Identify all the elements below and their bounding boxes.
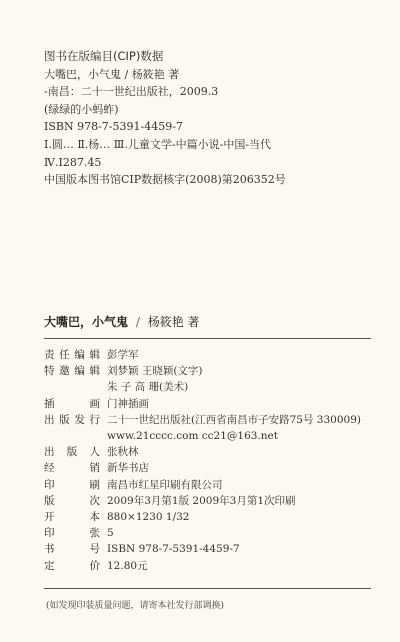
cip-line: 大嘴巴，小气鬼 / 杨筱艳 著 [44, 66, 286, 84]
info-value: 门神插画 [107, 396, 149, 412]
book-author: 杨筱艳 著 [148, 315, 200, 329]
cip-line: -南昌：二十一世纪出版社，2009.3 [44, 83, 286, 101]
info-label-char: 出 [44, 444, 55, 460]
info-label-char: 版 [59, 412, 70, 428]
info-label-char: 辑 [89, 363, 100, 379]
info-value: 12.80元 [107, 558, 148, 574]
info-row: 插画门神插画 [44, 396, 361, 412]
cip-data-block: 图书在版编目(CIP)数据 大嘴巴，小气鬼 / 杨筱艳 著 -南昌：二十一世纪出… [44, 48, 286, 189]
info-label-char: 编 [74, 363, 85, 379]
info-value: 彭学军 [107, 347, 139, 363]
info-label-char: 发 [74, 412, 85, 428]
info-label-char: 人 [90, 444, 101, 460]
cip-title: 图书在版编目(CIP)数据 [44, 48, 286, 66]
cip-line: Ⅳ.I287.45 [44, 154, 286, 172]
book-title: 大嘴巴，小气鬼 / 杨筱艳 著 [44, 313, 200, 330]
info-row: 开本880×1230 1/32 [44, 509, 361, 525]
info-row: 朱 子 高 珊(美术) [44, 379, 361, 395]
info-label: 印张 [44, 525, 100, 541]
info-label-char: 特 [44, 363, 55, 379]
cip-line: ISBN 978-7-5391-4459-7 [44, 118, 286, 136]
info-label: 责任编辑 [44, 347, 100, 363]
info-row: 定价12.80元 [44, 558, 361, 574]
divider-bottom [44, 588, 371, 589]
info-label-char: 辑 [89, 347, 100, 363]
info-label: 出版发行 [44, 412, 100, 428]
info-label-char: 销 [90, 460, 101, 476]
info-label-char: 价 [90, 558, 101, 574]
info-row: 出版发行二十一世纪出版社(江西省南昌市子安路75号 330009) [44, 412, 361, 428]
info-label-char: 版 [67, 444, 78, 460]
info-value: www.21cccc.com cc21@163.net [107, 428, 278, 444]
info-label-char: 印 [44, 525, 55, 541]
info-label-char: 行 [89, 412, 100, 428]
cip-line: (绿绿的小蚂蚱) [44, 101, 286, 119]
info-value: 刘梦颖 王晓颖(文字) [107, 363, 203, 379]
divider-top [44, 338, 371, 339]
info-row: 印刷南昌市红星印刷有限公司 [44, 477, 361, 493]
info-label-char: 版 [44, 493, 55, 509]
title-separator: / [136, 315, 140, 329]
info-label: 插画 [44, 396, 100, 412]
cip-line: Ⅰ.圆… Ⅱ.杨… Ⅲ.儿童文学-中篇小说-中国-当代 [44, 136, 286, 154]
info-label-char: 邀 [59, 363, 70, 379]
info-label: 书号 [44, 541, 100, 557]
info-label-char: 号 [90, 541, 101, 557]
info-value: 朱 子 高 珊(美术) [107, 379, 188, 395]
info-label: 经销 [44, 460, 100, 476]
info-value: 5 [107, 525, 114, 541]
info-label [44, 379, 100, 395]
info-label: 特邀编辑 [44, 363, 100, 379]
cip-line: 中国版本图书馆CIP数据核字(2008)第206352号 [44, 171, 286, 189]
info-row: www.21cccc.com cc21@163.net [44, 428, 361, 444]
info-label-char: 书 [44, 541, 55, 557]
info-label: 版次 [44, 493, 100, 509]
info-row: 印张5 [44, 525, 361, 541]
info-value: 二十一世纪出版社(江西省南昌市子安路75号 330009) [107, 412, 361, 428]
info-value: ISBN 978-7-5391-4459-7 [107, 541, 240, 557]
publication-info: 责任编辑彭学军特邀编辑刘梦颖 王晓颖(文字)朱 子 高 珊(美术)插画门神插画出… [44, 347, 361, 574]
info-row: 版次2009年3月第1版 2009年3月第1次印刷 [44, 493, 361, 509]
info-label-char: 任 [59, 347, 70, 363]
info-row: 经销新华书店 [44, 460, 361, 476]
info-label-char: 本 [90, 509, 101, 525]
info-label: 开本 [44, 509, 100, 525]
info-label-char: 张 [90, 525, 101, 541]
info-value: 新华书店 [107, 460, 149, 476]
info-value: 南昌市红星印刷有限公司 [107, 477, 223, 493]
info-label-char: 刷 [90, 477, 101, 493]
info-label-char: 次 [90, 493, 101, 509]
info-value: 2009年3月第1版 2009年3月第1次印刷 [107, 493, 296, 509]
book-title-main: 大嘴巴，小气鬼 [44, 315, 128, 329]
info-row: 出版人张秋林 [44, 444, 361, 460]
footnote: (如发现印装质量问题，请寄本社发行部调换) [46, 598, 224, 611]
info-label: 定价 [44, 558, 100, 574]
info-row: 特邀编辑刘梦颖 王晓颖(文字) [44, 363, 361, 379]
info-label-char: 责 [44, 347, 55, 363]
info-value: 张秋林 [107, 444, 139, 460]
info-label: 出版人 [44, 444, 100, 460]
info-label-char: 编 [74, 347, 85, 363]
info-label-char: 开 [44, 509, 55, 525]
info-row: 书号ISBN 978-7-5391-4459-7 [44, 541, 361, 557]
info-label [44, 428, 100, 444]
info-label-char: 印 [44, 477, 55, 493]
info-label-char: 画 [90, 396, 101, 412]
info-label: 印刷 [44, 477, 100, 493]
info-label-char: 插 [44, 396, 55, 412]
info-label-char: 定 [44, 558, 55, 574]
info-label-char: 经 [44, 460, 55, 476]
info-label-char: 出 [44, 412, 55, 428]
info-row: 责任编辑彭学军 [44, 347, 361, 363]
info-value: 880×1230 1/32 [107, 509, 189, 525]
